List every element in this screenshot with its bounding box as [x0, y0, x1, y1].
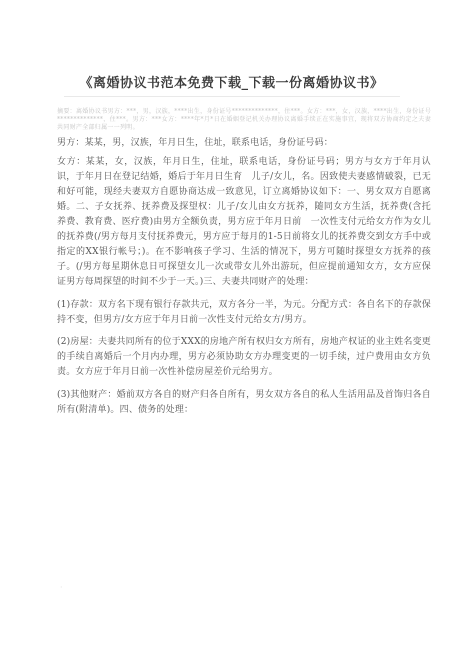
abstract-text: 摘要：离婚协议书男方：***，男，汉族，****出生，身份证号*********… [57, 108, 431, 132]
page-title: 《离婚协议书范本免费下载_下载一份离婚协议书》 [0, 72, 463, 91]
title-divider [64, 96, 400, 97]
paragraph-deposits: (1)存款：双方名下现有银行存款共元，双方各分一半，为元。分配方式：各自名下的存… [57, 298, 431, 328]
document-page: 《离婚协议书范本免费下载_下载一份离婚协议书》 摘要：离婚协议书男方：***，男… [0, 0, 463, 655]
paragraph-agreement-main: 女方：某某，女，汉族，年月日生，住址，联系电话，身份证号码；男方与女方于年月认识… [57, 155, 431, 290]
paragraph-other-property: (3)其他财产：婚前双方各自的财产归各自所有，男女双方各自的私人生活用品及首饰归… [57, 388, 431, 418]
paragraph-house: (2)房屋：夫妻共同所有的位于XXX的房地产所有权归女方所有，房地产权证的业主姓… [57, 335, 431, 380]
faint-artifact-mark: · [60, 583, 63, 592]
document-body: 男方：某某，男，汉族，年月日生，住址，联系电话，身份证号码： 女方：某某，女，汉… [57, 136, 431, 418]
paragraph-parties-male: 男方：某某，男，汉族，年月日生，住址，联系电话，身份证号码： [57, 136, 431, 151]
